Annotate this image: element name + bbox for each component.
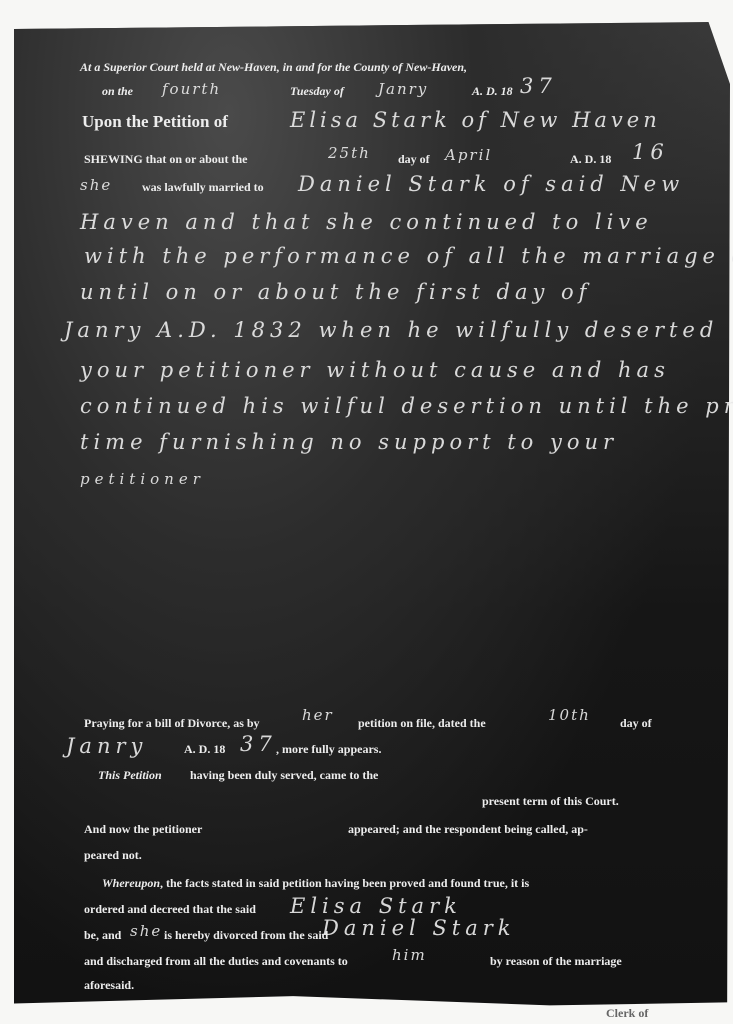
pronoun-handwritten: she: [80, 176, 112, 194]
praying-pronoun-handwritten: her: [302, 706, 334, 724]
day-of-label-2: day of: [620, 716, 652, 731]
appearance-line-2: peared not.: [84, 848, 142, 863]
decree-line-3b: is hereby divorced from the said: [164, 928, 328, 943]
present-term-label: present term of this Court.: [482, 794, 619, 809]
ad-label-2: A. D. 18: [570, 152, 611, 167]
year-handwritten: 37: [520, 74, 557, 98]
body-line: Haven and that she continued to live: [80, 210, 653, 234]
body-line: your petitioner without cause and has: [80, 358, 670, 382]
body-line: continued his wilful desertion until the…: [80, 394, 733, 418]
petition-of-label: Upon the Petition of: [82, 112, 228, 132]
ad-label: A. D. 18: [472, 84, 513, 99]
court-header-line: At a Superior Court held at New-Haven, i…: [80, 60, 467, 75]
petition-year-handwritten: 37: [240, 732, 277, 756]
more-fully-label: , more fully appears.: [276, 742, 381, 757]
petition-month-handwritten: Janry: [66, 734, 147, 758]
marriage-day-handwritten: 25th: [328, 144, 371, 162]
appearance-line-a: And now the petitioner: [84, 822, 202, 837]
body-line: time furnishing no support to your: [80, 430, 618, 454]
praying-line-a: Praying for a bill of Divorce, as by: [84, 716, 260, 731]
marriage-year-handwritten: 16: [632, 140, 669, 164]
day-of-label: day of: [398, 152, 430, 167]
whereupon-label: Whereupon: [102, 876, 160, 890]
served-label: having been duly served, came to the: [190, 768, 378, 783]
month-handwritten: Janry: [378, 80, 428, 98]
petition-day-handwritten: 10th: [548, 706, 591, 724]
body-line: petitioner: [80, 470, 205, 488]
decree-line-3a: be, and: [84, 928, 121, 943]
spouse-handwritten: Daniel Stark of said New: [298, 172, 684, 196]
ad-label-3: A. D. 18: [184, 742, 225, 757]
married-to-label: was lawfully married to: [142, 180, 264, 195]
body-line: until on or about the first day of: [80, 280, 591, 304]
body-line: with the performance of all the marriage…: [84, 244, 733, 268]
decree-pronoun-handwritten: she: [130, 922, 162, 940]
decree-line-4a: and discharged from all the duties and c…: [84, 954, 348, 969]
this-petition-label: This Petition: [98, 768, 162, 783]
appearance-line-b: appeared; and the respondent being calle…: [348, 822, 588, 837]
decree-spouse-handwritten: Daniel Stark: [322, 916, 516, 940]
clerk-label: Clerk of: [606, 1006, 648, 1021]
decree-petitioner-handwritten: Elisa Stark: [290, 894, 462, 918]
decree-line-1-text: , the facts stated in said petition havi…: [160, 876, 529, 890]
ordinal-handwritten: fourth: [162, 80, 221, 98]
marriage-month-handwritten: April: [445, 146, 492, 164]
praying-line-b: petition on file, dated the: [358, 716, 486, 731]
shewing-label: SHEWING that on or about the: [84, 152, 247, 167]
decree-pronoun2-handwritten: him: [392, 946, 427, 964]
decree-line-4b: by reason of the marriage: [490, 954, 622, 969]
tuesday-of-label: Tuesday of: [290, 84, 344, 99]
body-line: Janry A.D. 1832 when he wilfully deserte…: [64, 318, 718, 342]
on-the-label: on the: [102, 84, 133, 99]
decree-line-1: Whereupon, the facts stated in said peti…: [102, 876, 529, 891]
petitioner-handwritten: Elisa Stark of New Haven: [290, 108, 661, 132]
decree-line-2: ordered and decreed that the said: [84, 902, 256, 917]
decree-line-5: aforesaid.: [84, 978, 134, 993]
